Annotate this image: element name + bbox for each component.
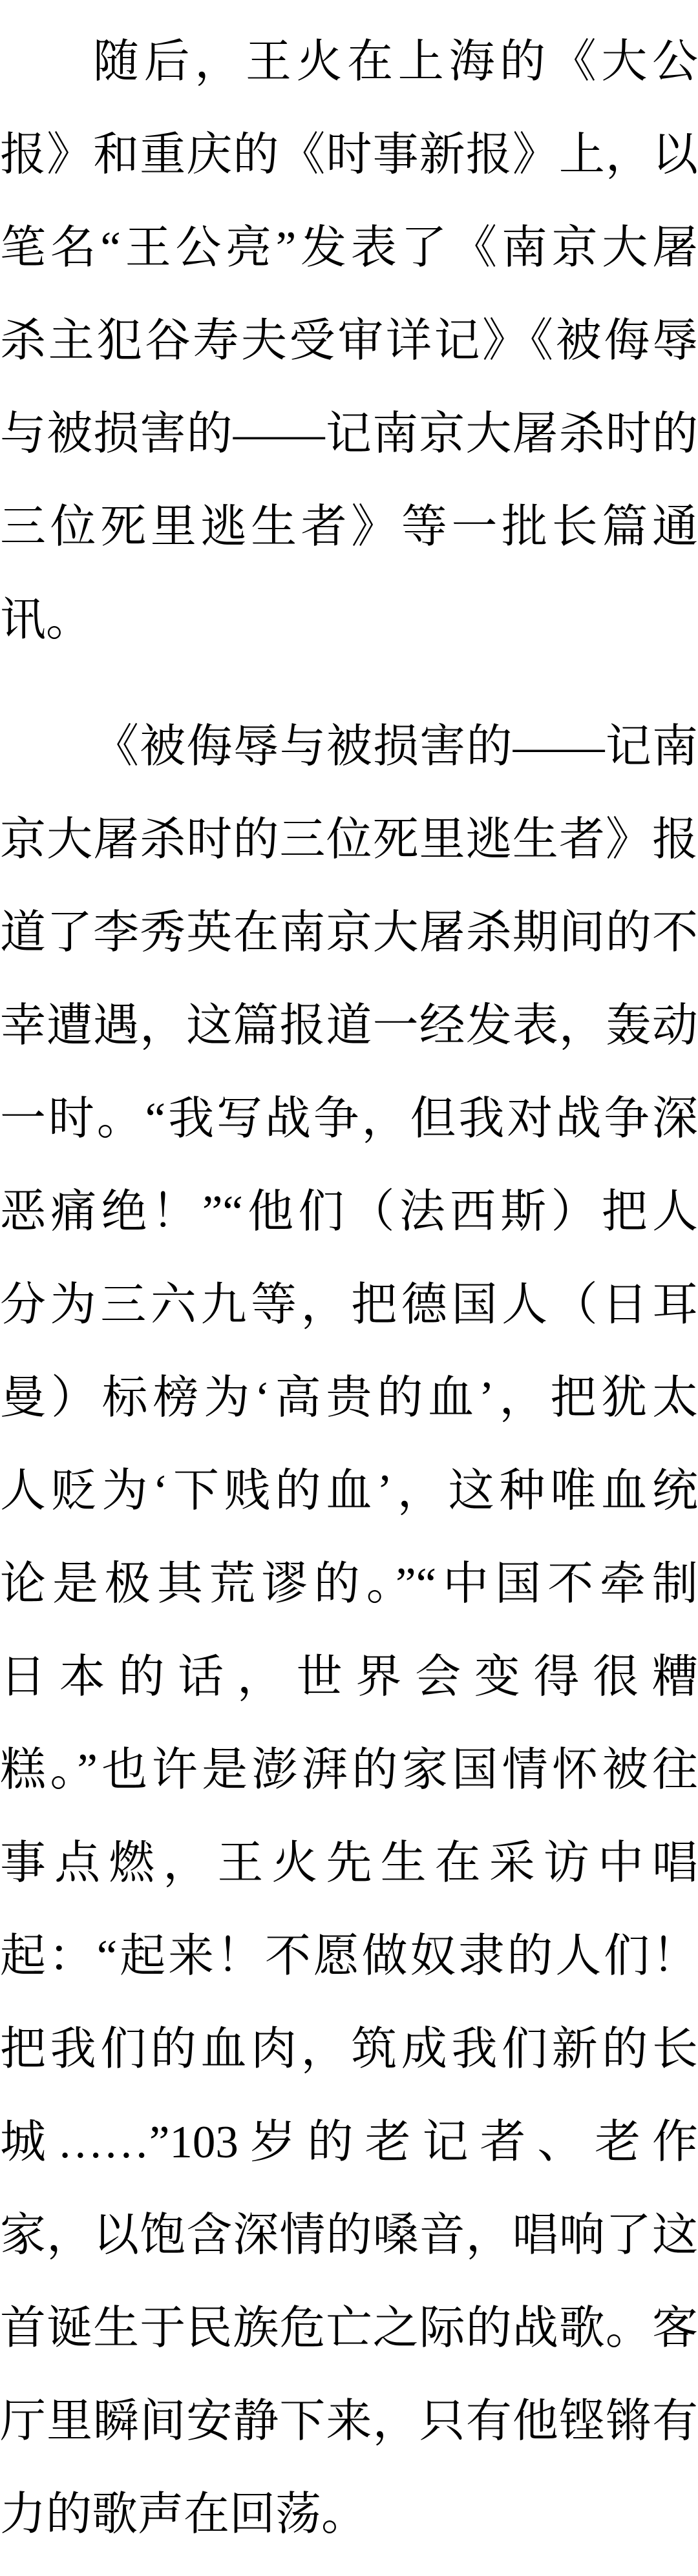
- text-line: 日本的话，世界会变得很糟: [0, 1631, 698, 1724]
- text-line: 首诞生于民族危亡之际的战歌。客: [0, 2282, 698, 2375]
- text-line: 《被侮辱与被损害的——记南: [0, 700, 698, 793]
- text-line: 曼）标榜为‘高贵的血’，把犹太: [0, 1352, 698, 1445]
- text-line: 随后，王火在上海的《大公: [0, 16, 698, 109]
- text-line: 力的歌声在回荡。: [0, 2468, 698, 2561]
- text-line: 与被损害的——记南京大屠杀时的: [0, 388, 698, 481]
- text-line: 家，以饱含深情的嗓音，唱响了这: [0, 2189, 698, 2282]
- paragraph-1: 随后，王火在上海的《大公 报》和重庆的《时事新报》上，以 笔名“王公亮”发表了《…: [0, 16, 698, 667]
- text-line: 糕。”也许是澎湃的家国情怀被往: [0, 1724, 698, 1817]
- text-line: 城……”103岁的老记者、老作: [0, 2096, 698, 2189]
- text-line: 分为三六九等，把德国人（日耳: [0, 1259, 698, 1352]
- text-line: 人贬为‘下贱的血’，这种唯血统: [0, 1445, 698, 1538]
- article-body: 随后，王火在上海的《大公 报》和重庆的《时事新报》上，以 笔名“王公亮”发表了《…: [0, 16, 698, 2561]
- text-line: 京大屠杀时的三位死里逃生者》报: [0, 793, 698, 886]
- text-line: 杀主犯谷寿夫受审详记》《被侮辱: [0, 295, 698, 388]
- text-line: 一时。“我写战争，但我对战争深: [0, 1073, 698, 1166]
- text-line: 起：“起来！不愿做奴隶的人们！: [0, 1910, 698, 2003]
- text-line: 把我们的血肉，筑成我们新的长: [0, 2003, 698, 2096]
- text-line: 论是极其荒谬的。”“中国不牵制: [0, 1538, 698, 1631]
- text-line: 恶痛绝！”“他们（法西斯）把人: [0, 1166, 698, 1259]
- text-line: 幸遭遇，这篇报道一经发表，轰动: [0, 979, 698, 1073]
- text-line: 讯。: [0, 574, 698, 667]
- text-line: 三位死里逃生者》等一批长篇通: [0, 481, 698, 574]
- text-line: 道了李秀英在南京大屠杀期间的不: [0, 886, 698, 979]
- text-line: 笔名“王公亮”发表了《南京大屠: [0, 202, 698, 295]
- paragraph-2: 《被侮辱与被损害的——记南 京大屠杀时的三位死里逃生者》报 道了李秀英在南京大屠…: [0, 700, 698, 2561]
- text-line: 厅里瞬间安静下来，只有他铿锵有: [0, 2375, 698, 2468]
- text-line: 报》和重庆的《时事新报》上，以: [0, 109, 698, 202]
- text-line: 事点燃，王火先生在采访中唱: [0, 1817, 698, 1910]
